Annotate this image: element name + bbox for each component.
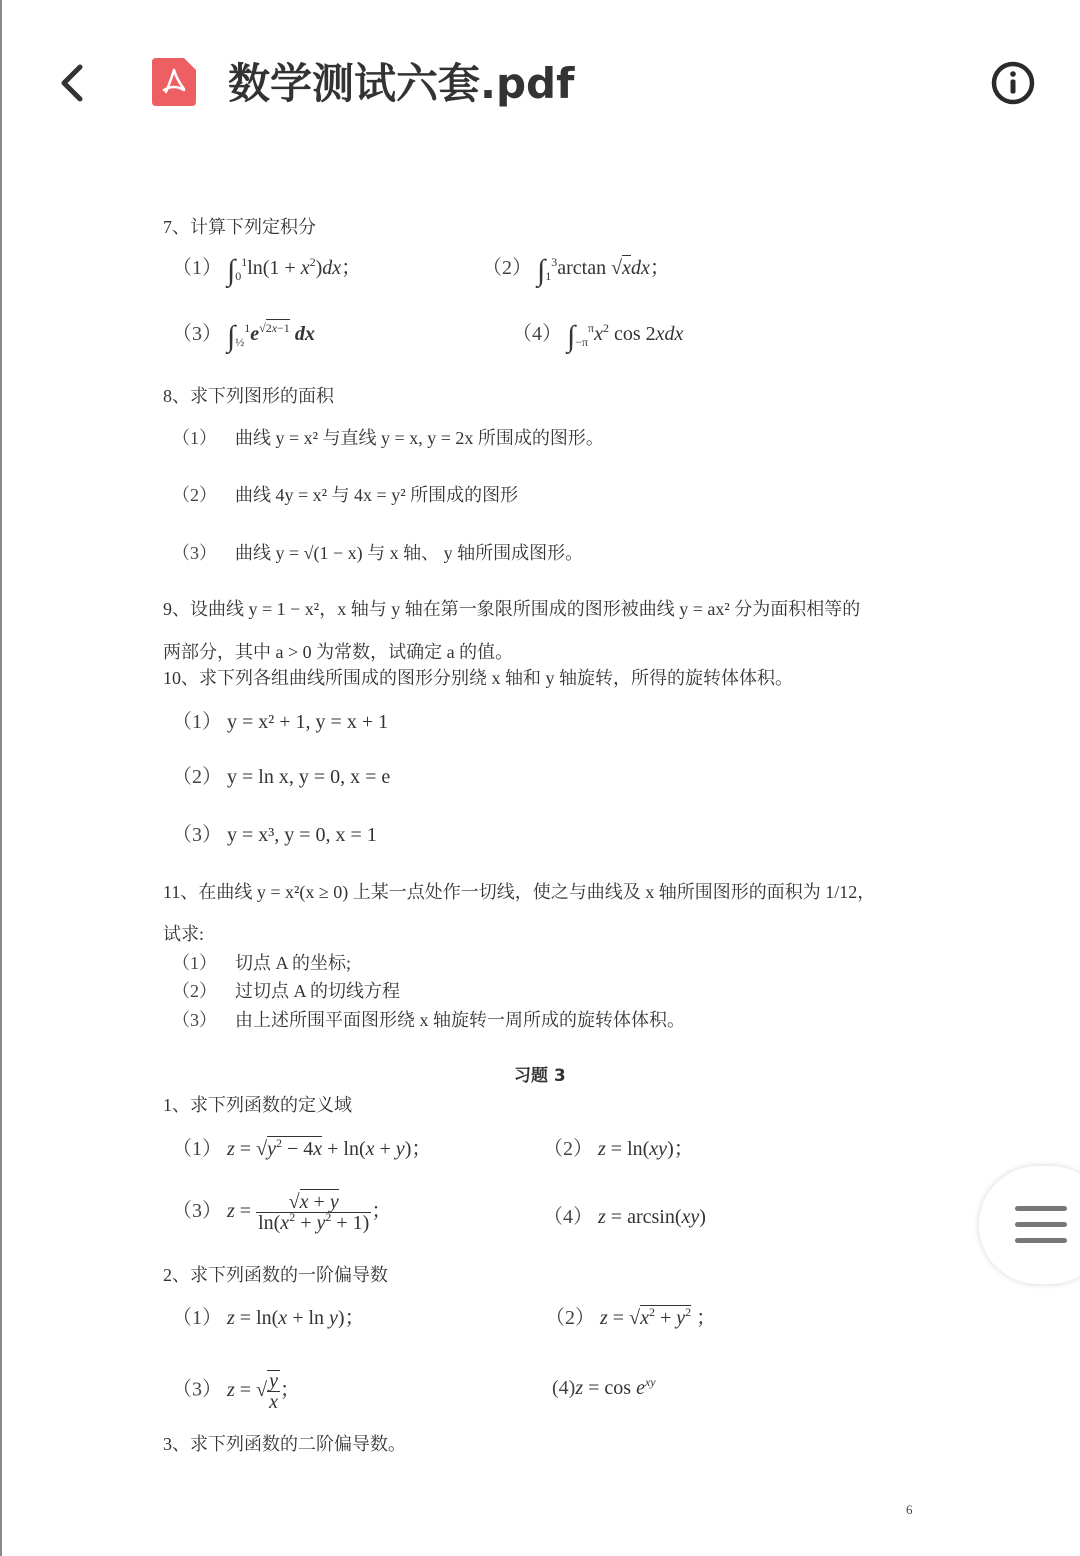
question-9-line-2: 两部分，其中 a > 0 为常数，试确定 a 的值。: [163, 640, 513, 664]
s3-question-1-title: 1、求下列函数的定义域: [163, 1093, 352, 1117]
s3q2-item-2: （2） z = √x2 + y2 ；: [545, 1306, 716, 1330]
floating-menu-button[interactable]: [978, 1165, 1080, 1285]
q7-item-2: （2） ∫13arctan √xdx；: [482, 256, 670, 280]
item-text: 切点 A 的坐标;: [235, 953, 351, 973]
item-label: （1）: [172, 953, 217, 973]
item-text: 曲线 y = x² 与直线 y = x, y = 2x 所围成的图形。: [235, 428, 604, 448]
item-label: （4）: [543, 1206, 593, 1228]
s3-question-3-title: 3、求下列函数的二阶偏导数。: [163, 1432, 406, 1456]
s3q2-item-4: (4)z = cos exy: [552, 1376, 656, 1400]
math-expression: y = x³, y = 0, x = 1: [227, 824, 377, 846]
window-left-border: [0, 0, 2, 1556]
q10-item-1: （1） y = x² + 1, y = x + 1: [172, 710, 388, 734]
question-10-title: 10、求下列各组曲线所围成的图形分别绕 x 轴和 y 轴旋转，所得的旋转体体积。: [163, 666, 793, 690]
item-text: 曲线 4y = x² 与 4x = y² 所围成的图形: [235, 485, 518, 505]
item-text: 曲线 y = √(1 − x) 与 x 轴、 y 轴所围成图形。: [235, 543, 583, 563]
item-label: （1）: [172, 1307, 222, 1329]
item-text: 由上述所围平面图形绕 x 轴旋转一周所成的旋转体体积。: [235, 1010, 685, 1030]
top-bar: 数学测试六套.pdf: [0, 0, 1080, 170]
q11-item-2: （2） 过切点 A 的切线方程: [172, 979, 400, 1003]
item-label: （2）: [543, 1138, 593, 1160]
question-11-line-1: 11、在曲线 y = x²(x ≥ 0) 上某一点处作一切线，使之与曲线及 x …: [163, 880, 875, 904]
math-expression: ∫01ln(1 + x2)dx；: [227, 257, 361, 279]
math-expression: z = √yx；: [227, 1379, 300, 1401]
item-label: （1）: [172, 428, 217, 448]
s3q2-item-1: （1） z = ln(x + ln y)；: [172, 1306, 365, 1330]
q7-item-4: （4） ∫−ππx2 cos 2xdx: [512, 322, 683, 346]
pdf-file-icon: [152, 58, 196, 106]
chevron-left-icon: [52, 58, 96, 108]
item-label: （2）: [482, 257, 532, 279]
s3q1-item-1: （1） z = √y2 − 4x + ln(x + y)；: [172, 1137, 431, 1161]
item-label: （4）: [512, 323, 562, 345]
item-label: （1）: [172, 257, 222, 279]
item-label: （3）: [172, 1379, 222, 1401]
q10-item-3: （3） y = x³, y = 0, x = 1: [172, 823, 377, 847]
info-button[interactable]: [990, 60, 1036, 106]
q11-item-1: （1） 切点 A 的坐标;: [172, 951, 351, 975]
math-expression: y = ln x, y = 0, x = e: [227, 766, 390, 788]
math-expression: z = cos exy: [575, 1377, 655, 1399]
math-expression: ∫½1e√2x−1 dx: [227, 323, 315, 345]
math-expression: z = √x2 + y2 ；: [600, 1305, 716, 1329]
item-label: （3）: [172, 1010, 217, 1030]
q7-item-3: （3） ∫½1e√2x−1 dx: [172, 322, 315, 346]
math-expression: y = x² + 1, y = x + 1: [227, 711, 388, 733]
item-label: （2）: [172, 981, 217, 1001]
section-heading: 习题 3: [514, 1064, 566, 1088]
item-label: （3）: [172, 543, 217, 563]
s3q2-item-3: （3） z = √yx；: [172, 1370, 300, 1412]
item-text: 过切点 A 的切线方程: [235, 981, 400, 1001]
page-number: 6: [906, 1502, 913, 1518]
item-label: （2）: [172, 485, 217, 505]
item-label: （1）: [172, 1138, 222, 1160]
item-label: （3）: [172, 1200, 222, 1222]
document-title: 数学测试六套.pdf: [228, 56, 574, 112]
math-expression: z = ln(xy)；: [598, 1138, 694, 1160]
item-label: （2）: [545, 1307, 595, 1329]
back-button[interactable]: [52, 58, 96, 108]
math-expression: ∫13arctan √xdx；: [537, 257, 670, 279]
s3-question-2-title: 2、求下列函数的一阶偏导数: [163, 1263, 388, 1287]
info-circle-icon: [990, 60, 1036, 106]
item-label: （3）: [172, 323, 222, 345]
s3q1-item-2: （2） z = ln(xy)；: [543, 1137, 694, 1161]
q10-item-2: （2） y = ln x, y = 0, x = e: [172, 765, 390, 789]
question-7-title: 7、计算下列定积分: [163, 215, 316, 239]
q7-item-1: （1） ∫01ln(1 + x2)dx；: [172, 256, 361, 280]
math-expression: z = √x + yln(x2 + y2 + 1)；: [227, 1200, 391, 1222]
s3q1-item-3: （3） z = √x + yln(x2 + y2 + 1)；: [172, 1192, 391, 1233]
math-expression: ∫−ππx2 cos 2xdx: [567, 323, 683, 345]
question-11-line-2: 试求:: [163, 922, 204, 946]
question-8-title: 8、求下列图形的面积: [163, 384, 334, 408]
q8-item-1: （1） 曲线 y = x² 与直线 y = x, y = 2x 所围成的图形。: [172, 426, 604, 450]
q11-item-3: （3） 由上述所围平面图形绕 x 轴旋转一周所成的旋转体体积。: [172, 1008, 685, 1032]
s3q1-item-4: （4） z = arcsin(xy): [543, 1205, 706, 1229]
math-expression: z = ln(x + ln y)；: [227, 1307, 365, 1329]
item-label: （3）: [172, 824, 222, 846]
math-expression: z = arcsin(xy): [598, 1206, 706, 1228]
item-label: (4): [552, 1377, 575, 1399]
q8-item-3: （3） 曲线 y = √(1 − x) 与 x 轴、 y 轴所围成图形。: [172, 541, 583, 565]
question-9-line-1: 9、设曲线 y = 1 − x²，x 轴与 y 轴在第一象限所围成的图形被曲线 …: [163, 597, 860, 621]
item-label: （2）: [172, 766, 222, 788]
math-expression: z = √y2 − 4x + ln(x + y)；: [227, 1136, 431, 1160]
item-label: （1）: [172, 711, 222, 733]
q8-item-2: （2） 曲线 4y = x² 与 4x = y² 所围成的图形: [172, 483, 518, 507]
